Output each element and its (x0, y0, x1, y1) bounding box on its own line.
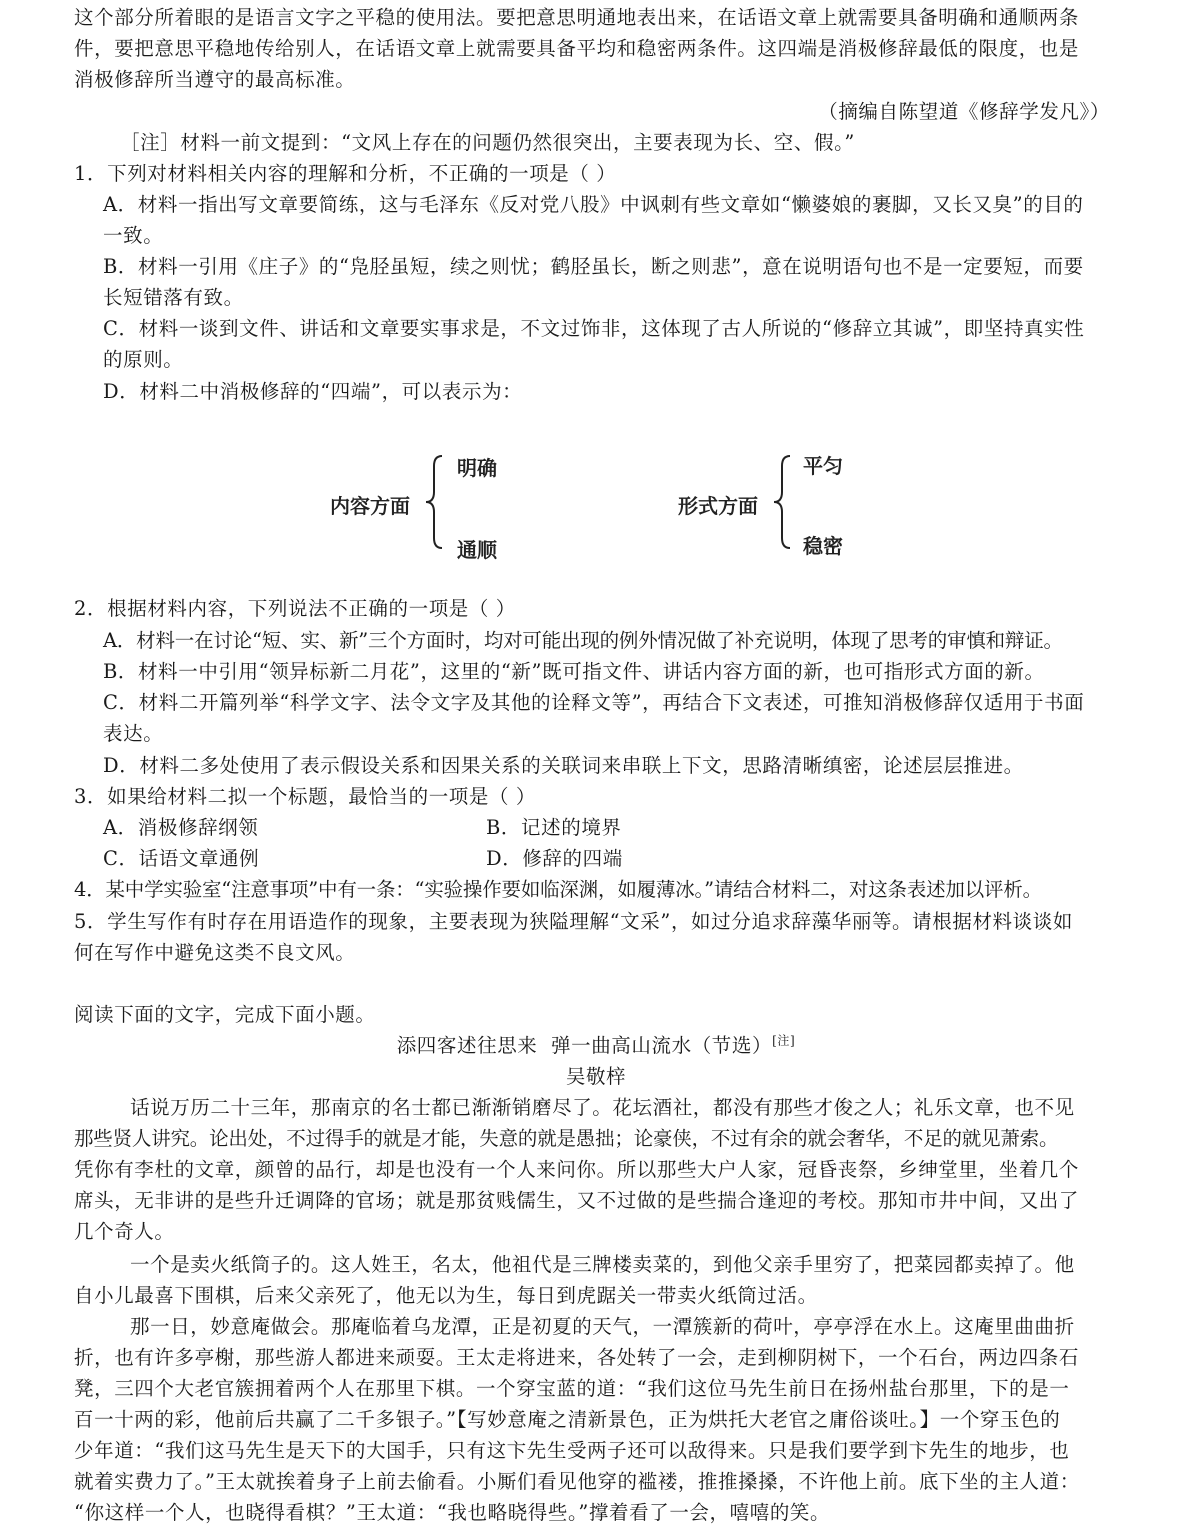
question-5-stem: 5．学生写作有时存在用语造作的现象，主要表现为狭隘理解“文采”，如过分追求辞藻华… (74, 906, 1118, 937)
reading-paragraph-line: 一个是卖火纸筒子的。这人姓王，名太，他祖代是三牌楼卖菜的，到他父亲手里穷了，把菜… (74, 1249, 1118, 1280)
q1-option-c-cont: 的原则。 (103, 344, 1147, 375)
question-5-stem-cont: 何在写作中避免这类不良文风。 (74, 937, 1118, 968)
reading-paragraph-line: “你这样一个人，也晓得看棋？”王太道：“我也略晓得些。”撑着看了一会，嘻嘻的笑。 (74, 1497, 1118, 1524)
reading-paragraph-line: 几个奇人。 (74, 1216, 1118, 1247)
material-line: 件，要把意思平稳地传给别人，在话语文章上就需要具备平均和稳密两条件。这四端是消极… (74, 33, 1118, 64)
evenness-label: 平匀 (803, 450, 843, 479)
reading-paragraph-line: 自小儿最喜下围棋，后来父亲死了，他无以为生，每日到虎踞关一带卖火纸筒过活。 (74, 1280, 1118, 1311)
clarity-label: 明确 (457, 452, 497, 481)
reading-author: 吴敬梓 (74, 1061, 1118, 1092)
reading-paragraph-line: 那一日，妙意庵做会。那庵临着乌龙潭，正是初夏的天气，一潭簇新的荷叶，亭亭浮在水上… (74, 1311, 1118, 1342)
q3-option-a: A．消极修辞纲领 (103, 816, 258, 839)
q1-option-b-cont: 长短错落有致。 (103, 282, 1147, 313)
title-footnote-marker: [注] (772, 1034, 795, 1048)
left-brace-icon (422, 454, 444, 550)
q2-option-a: A．材料一在讨论“短、实、新”三个方面时，均对可能出现的例外情况做了补充说明，体… (103, 625, 1147, 656)
q2-option-c-cont: 表达。 (103, 718, 1147, 749)
reading-paragraph-line: 少年道：“我们这马先生是天下的大国手，只有这卞先生受两子还可以敌得来。只是我们要… (74, 1435, 1118, 1466)
q3-options-row-1: A．消极修辞纲领 B．记述的境界 (103, 812, 1147, 843)
reading-instruction: 阅读下面的文字，完成下面小题。 (74, 999, 1118, 1030)
reading-paragraph-line: 凭你有李杜的文章，颜曾的品行，却是也没有一个人来问你。所以那些大户人家，冠昏丧祭… (74, 1154, 1118, 1185)
reading-paragraph-line: 百一十两的彩，他前后共赢了二千多银子。”【写妙意庵之清新景色，正为烘托大老官之庸… (74, 1404, 1118, 1435)
reading-paragraph-line: 那些贤人讲究。论出处，不过得手的就是才能，失意的就是愚拙；论豪侠，不过有余的就会… (74, 1123, 1118, 1154)
q1-option-d: D．材料二中消极修辞的“四端”，可以表示为： (103, 376, 1147, 407)
source-citation: （摘编自陈望道《修辞学发凡》） (74, 96, 1110, 127)
reading-paragraph-line: 就着实费力了。”王太就挨着身子上前去偷看。小厮们看见他穿的褴褛，推推搡搡，不许他… (74, 1466, 1118, 1497)
exam-page: 这个部分所着眼的是语言文字之平稳的使用法。要把意思明通地表出来，在话语文章上就需… (0, 0, 1190, 1524)
q1-option-c: C．材料一谈到文件、讲话和文章要实事求是，不文过饰非，这体现了古人所说的“修辞立… (103, 313, 1147, 344)
form-aspect-label: 形式方面 (678, 490, 758, 519)
reading-paragraph-line: 席头，无非讲的是些升迁调降的官场；就是那贫贱儒生，又不过做的是些揣合逢迎的考校。… (74, 1185, 1118, 1216)
q3-options-row-2: C．话语文章通例 D．修辞的四端 (103, 843, 1147, 874)
material-line: 消极修辞所当遵守的最高标准。 (74, 64, 1118, 95)
four-ends-diagram: 内容方面 明确 通顺 形式方面 平匀 稳密 (320, 440, 880, 570)
reading-paragraph-line: 凳，三四个大老官簇拥着两个人在那里下棋。一个穿宝蓝的道：“我们这位马先生前日在扬… (74, 1373, 1118, 1404)
question-4-stem: 4．某中学实验室“注意事项”中有一条：“实验操作要如临深渊，如履薄冰。”请结合材… (74, 874, 1118, 905)
question-1-stem: 1．下列对材料相关内容的理解和分析，不正确的一项是（ ） (74, 158, 1118, 189)
reading-title: 添四客述往思来 弹一曲高山流水（节选）[注] (74, 1030, 1118, 1061)
q2-option-b: B．材料一中引用“领异标新二月花”，这里的“新”既可指文件、讲话内容方面的新，也… (103, 656, 1147, 687)
density-label: 稳密 (803, 530, 843, 559)
q2-option-d: D．材料二多处使用了表示假设关系和因果关系的关联词来串联上下文，思路清晰缜密，论… (103, 750, 1147, 781)
question-3-stem: 3．如果给材料二拟一个标题，最恰当的一项是（ ） (74, 781, 1118, 812)
q3-option-c: C．话语文章通例 (103, 847, 259, 870)
footnote: ［注］材料一前文提到：“文风上存在的问题仍然很突出，主要表现为长、空、假。” (120, 127, 1164, 158)
right-brace-icon (770, 454, 792, 550)
q1-option-b: B．材料一引用《庄子》的“凫胫虽短，续之则忧；鹤胫虽长，断之则悲”，意在说明语句… (103, 251, 1147, 282)
q3-option-d: D．修辞的四端 (486, 843, 623, 874)
content-aspect-label: 内容方面 (330, 490, 410, 519)
material-line: 这个部分所着眼的是语言文字之平稳的使用法。要把意思明通地表出来，在话语文章上就需… (74, 2, 1118, 33)
fluency-label: 通顺 (457, 534, 497, 563)
reading-paragraph-line: 折，也有许多亭榭，那些游人都进来顽耍。王太走将进来，各处转了一会，走到柳阴树下，… (74, 1342, 1118, 1373)
q1-option-a-cont: 一致。 (103, 220, 1147, 251)
q3-option-b: B．记述的境界 (486, 812, 622, 843)
q1-option-a: A．材料一指出写文章要简练，这与毛泽东《反对党八股》中讽刺有些文章如“懒婆娘的裹… (103, 189, 1147, 220)
q2-option-c: C．材料二开篇列举“科学文字、法令文字及其他的诠释文等”，再结合下文表述，可推知… (103, 687, 1147, 718)
question-2-stem: 2．根据材料内容，下列说法不正确的一项是（ ） (74, 593, 1118, 624)
reading-paragraph-line: 话说万历二十三年，那南京的名士都已渐渐销磨尽了。花坛酒社，都没有那些才俊之人；礼… (74, 1092, 1118, 1123)
reading-title-text: 添四客述往思来 弹一曲高山流水（节选） (397, 1034, 772, 1057)
